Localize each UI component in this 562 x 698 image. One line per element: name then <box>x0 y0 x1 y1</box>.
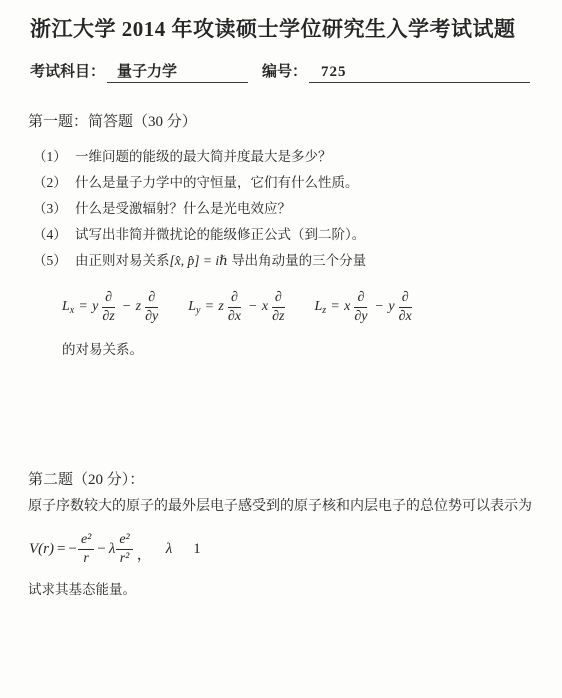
angular-momentum-equation-lx: Lx=y∂∂z−z∂∂y <box>62 290 161 324</box>
section2-closing-text: 试求其基态能量。 <box>28 581 562 598</box>
subject-value: 量子力学 <box>117 64 177 80</box>
number-blank: 725 <box>309 62 530 83</box>
potential-formula: V(r)=−e²r−λe²r²，λ1 <box>29 528 562 570</box>
number-label: 编号： <box>262 64 307 80</box>
fraction-numerator: ∂ <box>272 290 285 308</box>
lhs-subscript: z <box>322 305 326 316</box>
fraction-denominator: ∂y <box>142 308 161 324</box>
subject-blank: 量子力学 <box>107 62 248 83</box>
comma: ， <box>137 540 152 570</box>
angular-momentum-equation-ly: Ly=z∂∂x−x∂∂z <box>188 290 287 324</box>
partial-derivative-fraction: ∂∂y <box>351 290 370 324</box>
coefficient: z <box>136 299 141 315</box>
exam-paper-page: 浙江大学 2014 年攻读硕士学位研究生入学考试试题 考试科目：量子力学编号：7… <box>0 0 562 698</box>
minus-sign: − <box>68 541 76 558</box>
fraction-numerator: ∂ <box>354 290 367 308</box>
fraction-denominator: r <box>80 550 91 566</box>
item-number: （5） <box>33 252 75 269</box>
lhs-subscript: x <box>70 305 74 316</box>
section2-intro-text: 原子序数较大的原子的最外层电子感受到的原子核和内层电子的总位势可以表示为 <box>28 498 562 515</box>
fraction-denominator: ∂z <box>269 308 287 324</box>
fraction-numerator: ∂ <box>399 290 412 308</box>
fraction-denominator: ∂x <box>225 308 244 324</box>
condition-value: 1 <box>193 541 201 558</box>
question-item-2: （2）什么是量子力学中的守恒量，它们有什么性质。 <box>33 174 562 191</box>
coefficient: y <box>388 299 394 315</box>
item-number: （2） <box>33 174 75 191</box>
item-number: （1） <box>33 148 75 165</box>
coefficient: x <box>262 299 268 315</box>
number-value: 725 <box>321 64 347 80</box>
fraction-numerator: e² <box>116 532 132 550</box>
equals-sign: = <box>331 299 339 315</box>
partial-derivative-fraction: ∂∂y <box>142 290 161 324</box>
section1-heading: 第一题：简答题（30 分） <box>28 114 562 131</box>
item-text-prefix: 由正则对易关系 <box>75 253 170 268</box>
section1-closing-text: 的对易关系。 <box>62 341 562 358</box>
partial-derivative-fraction: ∂∂z <box>99 290 117 324</box>
partial-derivative-fraction: ∂∂z <box>269 290 287 324</box>
item-text: 一维问题的能级的最大简并度最大是多少？ <box>75 149 332 164</box>
fraction-denominator: ∂x <box>396 308 415 324</box>
fraction-numerator: ∂ <box>102 290 115 308</box>
coefficient: x <box>344 299 350 315</box>
partial-derivative-fraction: ∂∂x <box>225 290 244 324</box>
coulomb-term-fraction: e²r <box>78 532 94 566</box>
question-item-1: （1）一维问题的能级的最大简并度最大是多少？ <box>33 148 562 165</box>
equals-sign: = <box>79 299 87 315</box>
item-text: 什么是量子力学中的守恒量，它们有什么性质。 <box>75 175 359 190</box>
fraction-numerator: ∂ <box>145 290 158 308</box>
fraction-numerator: ∂ <box>228 290 241 308</box>
fraction-denominator: r² <box>117 550 133 566</box>
section2-heading: 第二题（20 分）： <box>28 472 562 489</box>
condition-lambda: λ <box>166 541 173 558</box>
minus-sign: − <box>375 299 383 315</box>
lambda-symbol: λ <box>109 541 116 558</box>
fraction-numerator: e² <box>78 532 94 550</box>
subject-label: 考试科目： <box>30 64 105 80</box>
angular-momentum-formula-row: Lx=y∂∂z−z∂∂y Ly=z∂∂x−x∂∂z Lz=x∂∂y−y∂∂x <box>62 288 562 326</box>
item-text-suffix: 导出角动量的三个分量 <box>228 253 366 268</box>
lhs-symbol: L <box>188 299 196 315</box>
fraction-denominator: ∂y <box>351 308 370 324</box>
item-number: （4） <box>33 226 75 243</box>
coefficient: y <box>92 299 98 315</box>
minus-sign: − <box>123 299 131 315</box>
fraction-denominator: ∂z <box>99 308 117 324</box>
item-text: 什么是受激辐射？什么是光电效应？ <box>75 201 291 216</box>
item-number: （3） <box>33 200 75 217</box>
question-item-5: （5）由正则对易关系[x̂, p̂] = iℏ 导出角动量的三个分量 <box>33 252 562 269</box>
equals-sign: = <box>206 299 214 315</box>
question-item-3: （3）什么是受激辐射？什么是光电效应？ <box>33 200 562 217</box>
exam-meta-line: 考试科目：量子力学编号：725 <box>30 62 540 83</box>
item-text: 试写出非简并微扰论的能级修正公式（到二阶）。 <box>75 227 365 242</box>
minus-sign: − <box>249 299 257 315</box>
coefficient: z <box>218 299 223 315</box>
minus-sign: − <box>97 541 105 558</box>
perturbation-term-fraction: e²r² <box>116 532 132 566</box>
question-item-4: （4）试写出非简并微扰论的能级修正公式（到二阶）。 <box>33 226 562 243</box>
section1-question-list: （1）一维问题的能级的最大简并度最大是多少？ （2）什么是量子力学中的守恒量，它… <box>0 148 562 269</box>
lhs-subscript: y <box>196 305 200 316</box>
lhs-symbol: L <box>62 299 70 315</box>
partial-derivative-fraction: ∂∂x <box>396 290 415 324</box>
angular-momentum-equation-lz: Lz=x∂∂y−y∂∂x <box>315 290 415 324</box>
page-title: 浙江大学 2014 年攻读硕士学位研究生入学考试试题 <box>0 0 562 43</box>
equals-sign: = <box>57 541 65 558</box>
potential-lhs: V(r) <box>29 541 54 558</box>
commutator-inline-formula: [x̂, p̂] = iℏ <box>170 253 228 268</box>
